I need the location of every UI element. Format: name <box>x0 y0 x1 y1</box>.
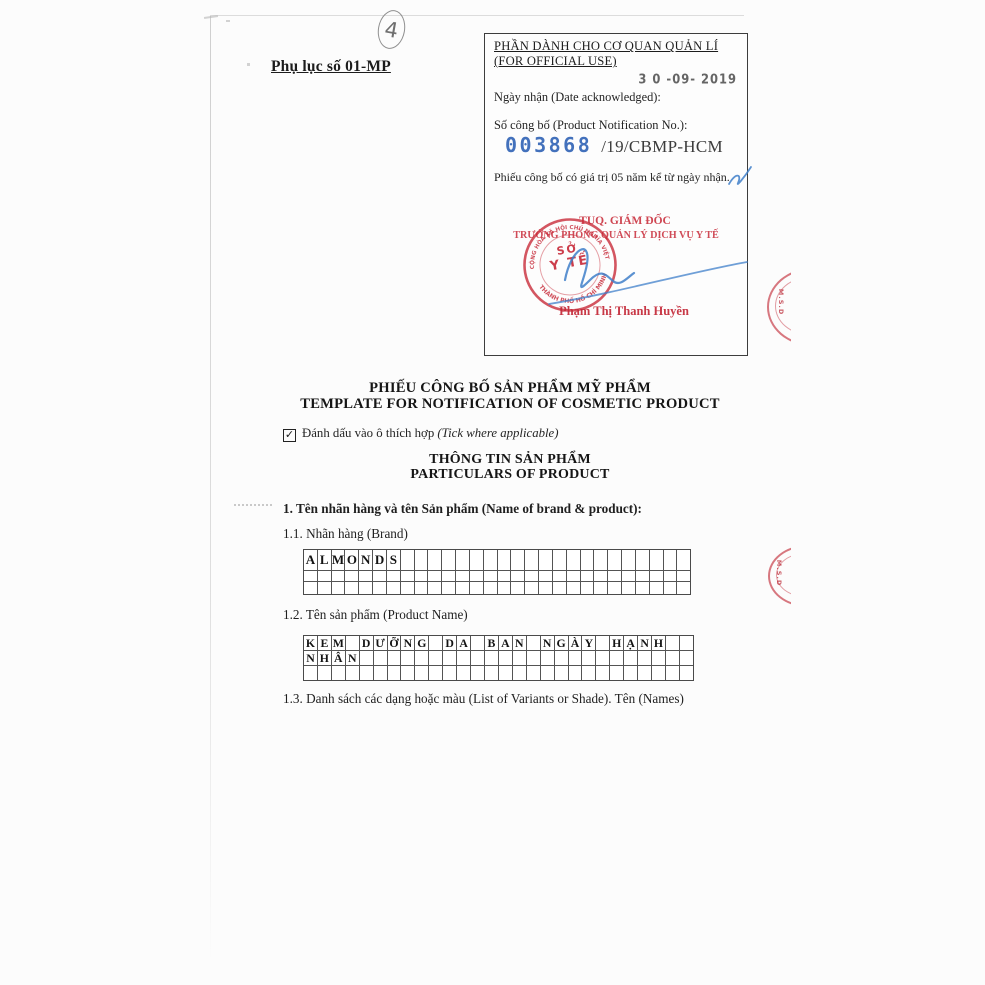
letter-cell[interactable]: H <box>652 636 666 650</box>
section-title-en: PARTICULARS OF PRODUCT <box>230 467 790 483</box>
letter-cell[interactable] <box>499 651 513 665</box>
letter-cell[interactable] <box>511 571 525 581</box>
letter-cell[interactable] <box>373 582 387 594</box>
letter-cell[interactable] <box>636 550 650 570</box>
letter-cell[interactable]: S <box>387 550 401 570</box>
scan-speck <box>204 15 218 19</box>
letter-cell[interactable] <box>652 666 666 680</box>
letter-cell[interactable] <box>470 582 484 594</box>
letter-cell[interactable] <box>484 571 498 581</box>
form-title-vi-wrap: PHIẾU CÔNG BỐ SẢN PHẨM MỸ PHẨM <box>230 380 790 397</box>
letter-cell[interactable] <box>429 666 443 680</box>
letter-cell[interactable] <box>498 582 512 594</box>
section-title-vi: THÔNG TIN SẢN PHẨM <box>230 452 790 468</box>
notification-number-suffix: /19/CBMP-HCM <box>601 137 723 156</box>
letter-cell[interactable]: D <box>373 550 387 570</box>
letter-cell[interactable]: Â <box>332 651 346 665</box>
letter-cell[interactable] <box>555 666 569 680</box>
item12-label: 1.2. Tên sản phẩm (Product Name) <box>283 607 468 623</box>
letter-cell[interactable]: N <box>401 636 415 650</box>
letter-cell[interactable] <box>442 571 456 581</box>
notification-number-stamp: 003868 <box>505 133 592 157</box>
letter-cell[interactable]: A <box>457 636 471 650</box>
letter-cell[interactable] <box>401 666 415 680</box>
letter-cell[interactable] <box>525 571 539 581</box>
letter-cell[interactable] <box>527 651 541 665</box>
letter-cell[interactable] <box>594 582 608 594</box>
tick-checkbox-icon[interactable]: ✓ <box>283 429 296 442</box>
letter-cell[interactable] <box>456 571 470 581</box>
letter-cell[interactable] <box>374 666 388 680</box>
letter-cell[interactable] <box>664 582 678 594</box>
letter-cell[interactable] <box>539 582 553 594</box>
letter-cell[interactable] <box>429 636 443 650</box>
letter-cell[interactable] <box>582 651 596 665</box>
letter-cell[interactable] <box>680 651 693 665</box>
letter-cell[interactable] <box>332 571 346 581</box>
page-top-edge-line <box>210 15 744 16</box>
edge-seal-text: M.S.D <box>775 560 783 586</box>
letter-cell[interactable] <box>638 651 652 665</box>
letter-cell[interactable] <box>539 571 553 581</box>
letter-cell[interactable] <box>555 651 569 665</box>
letter-cell[interactable] <box>318 571 332 581</box>
letter-cell[interactable] <box>664 571 678 581</box>
letter-cell[interactable] <box>415 666 429 680</box>
official-box-title-en: (FOR OFFICIAL USE) <box>494 54 617 69</box>
letter-cell[interactable] <box>415 651 429 665</box>
letter-cell[interactable] <box>456 550 470 570</box>
letter-cell[interactable] <box>428 571 442 581</box>
validity-note: Phiếu công bố có giá trị 05 năm kể từ ng… <box>494 170 730 185</box>
letter-grid-row: KEMDƯỠNGDABANNGÀYHẠNH <box>304 636 693 650</box>
letter-cell[interactable] <box>470 550 484 570</box>
letter-cell[interactable]: M <box>332 550 346 570</box>
form-title-en: TEMPLATE FOR NOTIFICATION OF COSMETIC PR… <box>230 396 790 413</box>
letter-cell[interactable] <box>484 582 498 594</box>
letter-grid-row: ALMONDS <box>304 550 690 570</box>
letter-cell[interactable] <box>387 582 401 594</box>
section-title-vi-wrap: THÔNG TIN SẢN PHẨM <box>230 452 790 468</box>
letter-cell[interactable] <box>456 582 470 594</box>
letter-cell[interactable] <box>304 582 318 594</box>
tick-note-en: (Tick where applicable) <box>437 426 558 440</box>
letter-cell[interactable] <box>596 651 610 665</box>
letter-cell[interactable] <box>525 550 539 570</box>
signer-name: Phạm Thị Thanh Huyền <box>540 304 708 319</box>
letter-cell[interactable]: N <box>638 636 652 650</box>
letter-cell[interactable] <box>622 550 636 570</box>
form-title-vi: PHIẾU CÔNG BỐ SẢN PHẨM MỸ PHẨM <box>230 380 790 397</box>
letter-cell[interactable]: À <box>569 636 583 650</box>
letter-cell[interactable] <box>401 550 415 570</box>
letter-cell[interactable] <box>457 651 471 665</box>
page-left-edge-line <box>210 16 211 966</box>
letter-cell[interactable] <box>541 666 555 680</box>
letter-cell[interactable] <box>428 550 442 570</box>
letter-cell[interactable] <box>415 571 429 581</box>
letter-cell[interactable] <box>567 582 581 594</box>
letter-cell[interactable] <box>470 571 484 581</box>
letter-cell[interactable] <box>442 582 456 594</box>
letter-cell[interactable] <box>415 550 429 570</box>
letter-cell[interactable] <box>443 651 457 665</box>
letter-cell[interactable] <box>652 651 666 665</box>
letter-cell[interactable] <box>443 666 457 680</box>
letter-cell[interactable]: K <box>304 636 318 650</box>
letter-cell[interactable] <box>624 651 638 665</box>
letter-cell[interactable] <box>553 582 567 594</box>
letter-cell[interactable] <box>345 582 359 594</box>
letter-cell[interactable]: L <box>318 550 332 570</box>
letter-cell[interactable]: B <box>485 636 499 650</box>
letter-cell[interactable] <box>525 582 539 594</box>
item13-label: 1.3. Danh sách các dạng hoặc màu (List o… <box>283 691 684 707</box>
pencil-marks <box>234 504 272 510</box>
letter-cell[interactable] <box>429 651 443 665</box>
letter-cell[interactable] <box>513 666 527 680</box>
letter-cell[interactable] <box>304 571 318 581</box>
letter-cell[interactable] <box>596 636 610 650</box>
letter-cell[interactable] <box>511 550 525 570</box>
scan-speck <box>247 63 250 66</box>
letter-cell[interactable] <box>471 651 485 665</box>
letter-cell[interactable] <box>581 550 595 570</box>
stamp-title-line1: TUQ. GIÁM ĐỐC <box>545 215 705 227</box>
scanned-document-page: 4 Phụ lục số 01-MP PHẦN DÀNH CHO CƠ QUAN… <box>0 0 985 985</box>
letter-cell[interactable] <box>401 571 415 581</box>
letter-cell[interactable]: G <box>555 636 569 650</box>
scan-speck <box>226 20 230 22</box>
letter-cell[interactable] <box>511 582 525 594</box>
letter-cell[interactable] <box>622 582 636 594</box>
letter-cell[interactable] <box>457 666 471 680</box>
form-title-en-wrap: TEMPLATE FOR NOTIFICATION OF COSMETIC PR… <box>230 396 790 413</box>
letter-cell[interactable] <box>553 571 567 581</box>
letter-cell[interactable] <box>388 651 402 665</box>
notification-number-label: Số công bố (Product Notification No.): <box>494 118 687 133</box>
letter-cell[interactable]: N <box>359 550 373 570</box>
letter-cell[interactable]: A <box>499 636 513 650</box>
letter-cell[interactable] <box>636 571 650 581</box>
letter-cell[interactable] <box>582 666 596 680</box>
letter-cell[interactable] <box>677 582 690 594</box>
letter-cell[interactable] <box>428 582 442 594</box>
edge-seal-partial-bottom: M.S.D <box>764 543 791 607</box>
letter-cell[interactable]: N <box>541 636 555 650</box>
letter-cell[interactable] <box>374 651 388 665</box>
letter-cell[interactable] <box>553 550 567 570</box>
letter-cell[interactable]: E <box>318 636 332 650</box>
edge-seal-text: M.S.D <box>777 289 785 315</box>
letter-cell[interactable] <box>636 582 650 594</box>
letter-cell[interactable] <box>304 666 318 680</box>
letter-cell[interactable]: N <box>304 651 318 665</box>
letter-cell[interactable] <box>569 651 583 665</box>
letter-cell[interactable] <box>610 651 624 665</box>
letter-cell[interactable]: N <box>346 651 360 665</box>
letter-cell[interactable]: Ư <box>374 636 388 650</box>
letter-cell[interactable]: Ỡ <box>388 636 402 650</box>
letter-cell[interactable] <box>680 636 693 650</box>
letter-cell[interactable] <box>650 571 664 581</box>
letter-cell[interactable]: D <box>360 636 374 650</box>
official-use-box: PHẦN DÀNH CHO CƠ QUAN QUẢN LÍ (FOR OFFIC… <box>484 33 748 356</box>
letter-cell[interactable] <box>610 666 624 680</box>
letter-cell[interactable]: H <box>318 651 332 665</box>
stamp-title-line2: TRƯỞNG PHÒNG QUẢN LÝ DỊCH VỤ Y TẾ <box>508 230 725 241</box>
letter-cell[interactable] <box>677 571 690 581</box>
letter-cell[interactable]: G <box>415 636 429 650</box>
letter-cell[interactable] <box>581 582 595 594</box>
letter-cell[interactable] <box>499 666 513 680</box>
letter-cell[interactable]: O <box>345 550 359 570</box>
letter-cell[interactable] <box>596 666 610 680</box>
letter-cell[interactable] <box>581 571 595 581</box>
edge-seal-partial-top: M.S.D <box>764 266 791 346</box>
letter-cell[interactable] <box>485 651 499 665</box>
letter-cell[interactable] <box>594 571 608 581</box>
letter-cell[interactable] <box>622 571 636 581</box>
product-name-letter-grid[interactable]: KEMDƯỠNGDABANNGÀYHẠNHNHÂN <box>303 635 694 681</box>
tick-instruction: ✓Đánh dấu vào ô thích hợp (Tick where ap… <box>283 426 559 441</box>
letter-cell[interactable] <box>471 666 485 680</box>
letter-cell[interactable] <box>498 571 512 581</box>
letter-cell[interactable] <box>346 666 360 680</box>
letter-grid-row <box>304 581 690 594</box>
letter-cell[interactable] <box>401 651 415 665</box>
letter-cell[interactable] <box>608 550 622 570</box>
letter-cell[interactable] <box>527 636 541 650</box>
letter-cell[interactable] <box>608 571 622 581</box>
letter-cell[interactable] <box>388 666 402 680</box>
date-acknowledged-label: Ngày nhận (Date acknowledged): <box>494 90 661 105</box>
letter-grid-row: NHÂN <box>304 650 693 665</box>
letter-cell[interactable] <box>345 571 359 581</box>
brand-letter-grid[interactable]: ALMONDS <box>303 549 691 595</box>
letter-cell[interactable] <box>471 636 485 650</box>
letter-cell[interactable] <box>401 582 415 594</box>
item1-label: 1. Tên nhãn hàng và tên Sản phẩm (Name o… <box>283 501 642 517</box>
letter-cell[interactable]: H <box>610 636 624 650</box>
letter-cell[interactable] <box>318 666 332 680</box>
letter-cell[interactable] <box>498 550 512 570</box>
letter-cell[interactable] <box>650 582 664 594</box>
letter-cell[interactable] <box>569 666 583 680</box>
letter-cell[interactable] <box>539 550 553 570</box>
letter-cell[interactable] <box>513 651 527 665</box>
letter-cell[interactable] <box>373 571 387 581</box>
letter-cell[interactable] <box>318 582 332 594</box>
letter-cell[interactable]: D <box>443 636 457 650</box>
letter-cell[interactable] <box>624 666 638 680</box>
letter-cell[interactable] <box>666 636 680 650</box>
letter-cell[interactable] <box>485 666 499 680</box>
official-box-title-vi: PHẦN DÀNH CHO CƠ QUAN QUẢN LÍ <box>494 39 718 54</box>
letter-cell[interactable] <box>387 571 401 581</box>
letter-cell[interactable]: N <box>513 636 527 650</box>
appendix-label: Phụ lục số 01-MP <box>271 58 391 76</box>
letter-cell[interactable] <box>360 651 374 665</box>
letter-grid-row <box>304 665 693 680</box>
item11-label: 1.1. Nhãn hàng (Brand) <box>283 526 408 542</box>
page-number-text: 4 <box>383 17 400 43</box>
letter-cell[interactable] <box>567 571 581 581</box>
letter-cell[interactable] <box>527 666 541 680</box>
notification-number-row: 003868/19/CBMP-HCM <box>505 133 723 157</box>
letter-cell[interactable] <box>677 550 690 570</box>
letter-cell[interactable] <box>664 550 678 570</box>
letter-cell[interactable] <box>608 582 622 594</box>
letter-cell[interactable]: M <box>332 636 346 650</box>
letter-cell[interactable] <box>541 651 555 665</box>
letter-cell[interactable] <box>638 666 652 680</box>
tick-note-vi: Đánh dấu vào ô thích hợp <box>302 426 437 440</box>
letter-cell[interactable]: Y <box>582 636 596 650</box>
letter-cell[interactable] <box>680 666 693 680</box>
letter-cell[interactable] <box>415 582 429 594</box>
date-received-stamp: 3 0 -09- 2019 <box>638 71 737 87</box>
letter-cell[interactable]: Ạ <box>624 636 638 650</box>
letter-cell[interactable] <box>442 550 456 570</box>
section-title-en-wrap: PARTICULARS OF PRODUCT <box>230 467 790 483</box>
letter-cell[interactable] <box>360 666 374 680</box>
letter-cell[interactable] <box>666 666 680 680</box>
letter-cell[interactable] <box>666 651 680 665</box>
letter-cell[interactable] <box>650 550 664 570</box>
letter-cell[interactable] <box>346 636 360 650</box>
letter-cell[interactable]: A <box>304 550 318 570</box>
letter-cell[interactable] <box>594 550 608 570</box>
letter-cell[interactable] <box>484 550 498 570</box>
letter-grid-row <box>304 570 690 581</box>
letter-cell[interactable] <box>359 582 373 594</box>
letter-cell[interactable] <box>332 666 346 680</box>
letter-cell[interactable] <box>332 582 346 594</box>
letter-cell[interactable] <box>567 550 581 570</box>
letter-cell[interactable] <box>359 571 373 581</box>
